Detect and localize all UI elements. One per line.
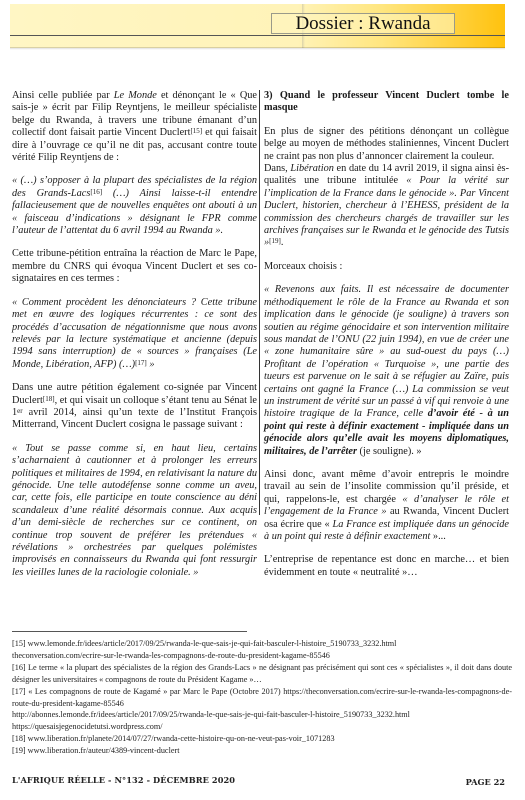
footnote-15-link-2[interactable]: theconversation.com/ecrire-sur-le-rwanda…	[12, 650, 512, 662]
right-paragraph-1: En plus de signer des pétitions dénonçan…	[264, 126, 509, 163]
footnote-17-link-2[interactable]: http://abonnes.lemonde.fr/idees/article/…	[12, 709, 512, 721]
page-number: PAGE 22	[466, 777, 505, 787]
footnote-ref-16[interactable]: [16]	[90, 188, 102, 196]
text: (je souligne). »	[357, 446, 422, 457]
footnote-17-link-3[interactable]: https://quesaisjegenocidetutsi.wordpress…	[12, 721, 512, 733]
section-title: Dossier : Rwanda	[271, 13, 455, 34]
left-quote-3: « Tout se passe comme si, en haut lieu, …	[12, 443, 257, 579]
header-shadow	[10, 47, 505, 50]
right-paragraph-4: Ainsi donc, avant même d’avoir entrepris…	[264, 469, 509, 543]
text: Ainsi celle publiée par	[12, 90, 114, 101]
publication-name: Libération	[290, 163, 333, 174]
right-paragraph-2: Dans, Libération en date du 14 avril 201…	[264, 163, 509, 250]
left-quote-2: « Comment procèdent les dénonciateurs ? …	[12, 297, 257, 371]
footnote-ref-15[interactable]: [15]	[190, 127, 202, 135]
text: .	[281, 237, 284, 248]
footnote-19-link[interactable]: [19] www.liberation.fr/auteur/4389-vince…	[12, 745, 512, 757]
section-heading: 3) Quand le professeur Vincent Duclert t…	[264, 90, 509, 115]
footnotes: [15] www.lemonde.fr/idees/article/2017/0…	[12, 638, 512, 757]
left-paragraph-3: Dans une autre pétition également co-sig…	[12, 382, 257, 432]
text: »...	[430, 531, 445, 542]
publication-name: Le Monde	[114, 90, 157, 101]
left-column: Ainsi celle publiée par Le Monde et déno…	[12, 90, 257, 579]
footnote-17[interactable]: [17] « Les compagnons de route de Kagamé…	[12, 686, 512, 710]
text: Dans,	[264, 163, 290, 174]
footnote-ref-17[interactable]: [17]	[135, 359, 147, 367]
header-rule	[10, 35, 505, 36]
publication-footer: L'AFRIQUE RÉELLE - N°132 - DÉCEMBRE 2020	[12, 775, 235, 785]
column-divider	[259, 90, 260, 515]
footnote-16: [16] Le terme « la plupart des spécialis…	[12, 662, 512, 686]
footnote-15-link[interactable]: [15] www.lemonde.fr/idees/article/2017/0…	[12, 638, 512, 650]
right-quote-1: « Revenons aux faits. Il est nécessaire …	[264, 284, 509, 458]
text: « Revenons aux faits. Il est nécessaire …	[264, 284, 509, 419]
text: »	[147, 359, 155, 370]
left-quote-1: « (…) s’opposer à la plupart des spécial…	[12, 175, 257, 237]
right-paragraph-5: L’entreprise de repentance est donc en m…	[264, 554, 509, 579]
footnote-ref-18[interactable]: [18]	[43, 395, 55, 403]
right-paragraph-3: Morceaux choisis :	[264, 261, 509, 273]
footnote-18-link[interactable]: [18] www.liberation.fr/planete/2014/07/2…	[12, 733, 512, 745]
footnotes-rule	[12, 631, 247, 632]
left-paragraph-2: Cette tribune-pétition entraîna la réact…	[12, 248, 257, 285]
footnote-ref-19[interactable]: [19]	[269, 237, 281, 245]
left-paragraph-1: Ainsi celle publiée par Le Monde et déno…	[12, 90, 257, 164]
text: avril 2014, ainsi qu’un texte de l’Insti…	[12, 407, 257, 430]
right-column: 3) Quand le professeur Vincent Duclert t…	[264, 90, 509, 579]
